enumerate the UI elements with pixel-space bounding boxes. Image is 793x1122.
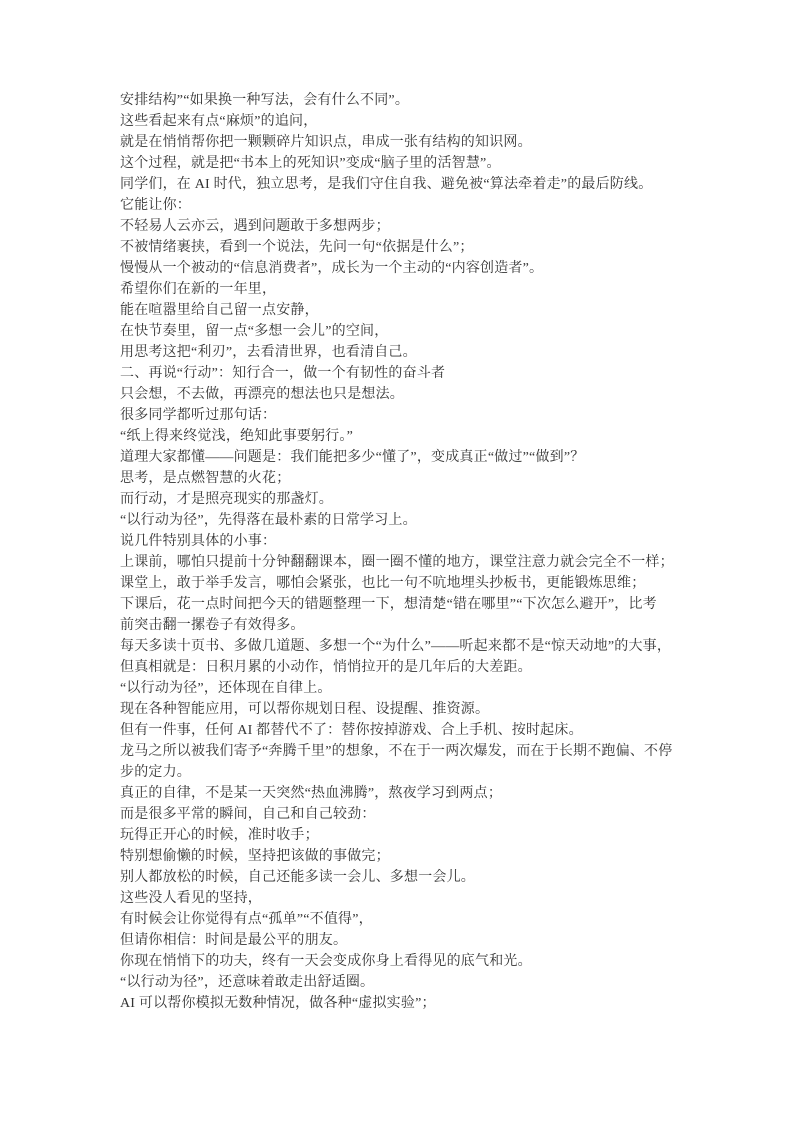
text-line: “以行动为径”，还体现在自律上。 (120, 678, 682, 699)
text-line: 同学们，在 AI 时代，独立思考，是我们守住自我、避免被“算法牵着走”的最后防线… (120, 174, 682, 195)
text-line: 不轻易人云亦云，遇到问题敢于多想两步； (120, 216, 682, 237)
text-line: “以行动为径”，先得落在最朴素的日常学习上。 (120, 510, 682, 531)
text-line: 但真相就是：日积月累的小动作，悄悄拉开的是几年后的大差距。 (120, 657, 682, 678)
text-line: 龙马之所以被我们寄予“奔腾千里”的想象，不在于一两次爆发，而在于长期不跑偏、不停 (120, 741, 682, 762)
text-line: 就是在悄悄帮你把一颗颗碎片知识点，串成一张有结构的知识网。 (120, 132, 682, 153)
text-line: 步的定力。 (120, 762, 682, 783)
text-line: 很多同学都听过那句话： (120, 405, 682, 426)
text-line: 这个过程，就是把“书本上的死知识”变成“脑子里的活智慧”。 (120, 153, 682, 174)
text-line: 真正的自律，不是某一天突然“热血沸腾”，熬夜学习到两点； (120, 783, 682, 804)
text-line: 课堂上，敢于举手发言，哪怕会紧张，也比一句不吭地埋头抄板书，更能锻炼思维； (120, 573, 682, 594)
text-line: 这些没人看见的坚持， (120, 888, 682, 909)
text-line: 只会想，不去做，再漂亮的想法也只是想法。 (120, 384, 682, 405)
text-line: 别人都放松的时候，自己还能多读一会儿、多想一会儿。 (120, 867, 682, 888)
text-line: 希望你们在新的一年里， (120, 279, 682, 300)
text-line: 现在各种智能应用，可以帮你规划日程、设提醒、推资源。 (120, 699, 682, 720)
text-line: 说几件特别具体的小事： (120, 531, 682, 552)
text-block: 安排结构”“如果换一种写法，会有什么不同”。这些看起来有点“麻烦”的追问，就是在… (120, 90, 682, 1014)
text-line: 安排结构”“如果换一种写法，会有什么不同”。 (120, 90, 682, 111)
text-line: 它能让你： (120, 195, 682, 216)
text-line: 上课前，哪怕只提前十分钟翻翻课本，圈一圈不懂的地方，课堂注意力就会完全不一样； (120, 552, 682, 573)
text-line: 道理大家都懂——问题是：我们能把多少“懂了”，变成真正“做过”“做到”？ (120, 447, 682, 468)
text-line: 前突击翻一摞卷子有效得多。 (120, 615, 682, 636)
text-line: 特别想偷懒的时候，坚持把该做的事做完； (120, 846, 682, 867)
text-line: “纸上得来终觉浅，绝知此事要躬行。” (120, 426, 682, 447)
text-line: 二、再说“行动”：知行合一，做一个有韧性的奋斗者 (120, 363, 682, 384)
text-line: AI 可以帮你模拟无数种情况，做各种“虚拟实验”； (120, 993, 682, 1014)
text-line: 这些看起来有点“麻烦”的追问， (120, 111, 682, 132)
text-line: 每天多读十页书、多做几道题、多想一个“为什么”——听起来都不是“惊天动地”的大事… (120, 636, 682, 657)
text-line: 下课后，花一点时间把今天的错题整理一下，想清楚“错在哪里”“下次怎么避开”，比考 (120, 594, 682, 615)
text-line: 慢慢从一个被动的“信息消费者”，成长为一个主动的“内容创造者”。 (120, 258, 682, 279)
text-line: 但请你相信：时间是最公平的朋友。 (120, 930, 682, 951)
text-line: 思考，是点燃智慧的火花； (120, 468, 682, 489)
text-line: “以行动为径”，还意味着敢走出舒适圈。 (120, 972, 682, 993)
text-line: 用思考这把“利刃”，去看清世界，也看清自己。 (120, 342, 682, 363)
text-line: 你现在悄悄下的功夫，终有一天会变成你身上看得见的底气和光。 (120, 951, 682, 972)
text-line: 有时候会让你觉得有点“孤单”“不值得”， (120, 909, 682, 930)
text-line: 但有一件事，任何 AI 都替代不了：替你按掉游戏、合上手机、按时起床。 (120, 720, 682, 741)
text-line: 在快节奏里，留一点“多想一会儿”的空间， (120, 321, 682, 342)
text-line: 玩得正开心的时候，准时收手； (120, 825, 682, 846)
text-line: 而行动，才是照亮现实的那盏灯。 (120, 489, 682, 510)
text-line: 能在喧嚣里给自己留一点安静， (120, 300, 682, 321)
text-line: 而是很多平常的瞬间，自己和自己较劲： (120, 804, 682, 825)
text-line: 不被情绪裹挟，看到一个说法，先问一句“依据是什么”； (120, 237, 682, 258)
document-page: 安排结构”“如果换一种写法，会有什么不同”。这些看起来有点“麻烦”的追问，就是在… (0, 0, 793, 1122)
